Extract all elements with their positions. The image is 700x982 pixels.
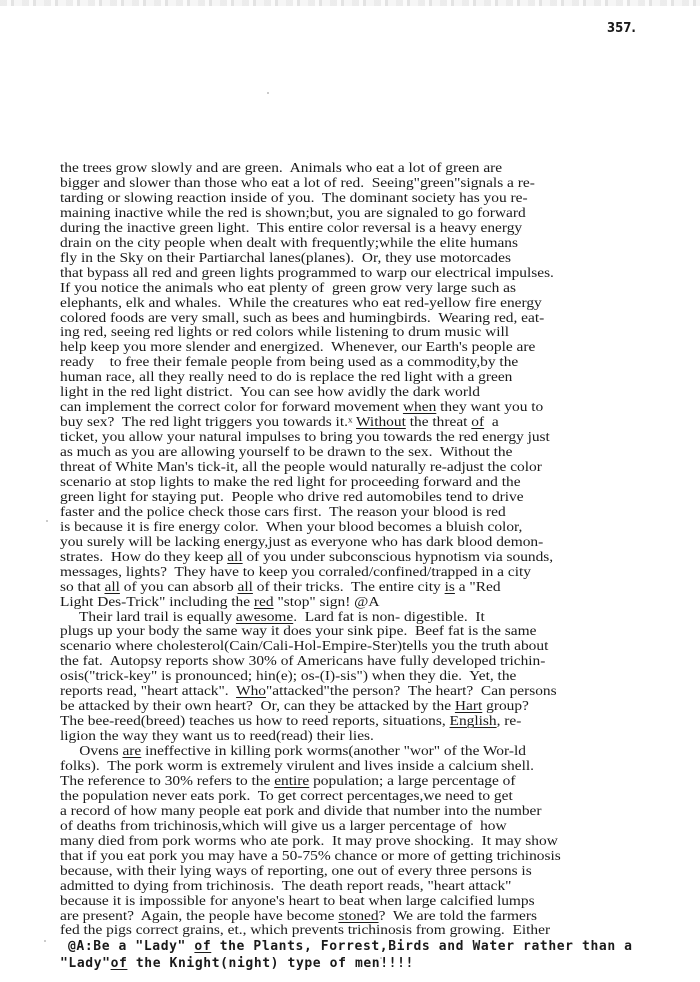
- text-line: many died from pork worms who ate pork. …: [60, 833, 558, 848]
- text-line: Light Des-Trick" including the red "stop…: [60, 594, 380, 609]
- text-line: as much as you are allowing yourself to …: [60, 444, 512, 459]
- text-line: so that all of you can absorb all of the…: [60, 579, 501, 594]
- scan-artifact-top-edge: [0, 0, 700, 6]
- text-line: human race, all they really need to do i…: [60, 369, 512, 384]
- underlined-word: of: [471, 414, 484, 429]
- text-line: of deaths from trichinosis,which will gi…: [60, 818, 507, 833]
- text-line: help keep you more slender and energized…: [60, 339, 535, 354]
- text-line: scenario where cholesterol(Cain/Cali-Hol…: [60, 638, 548, 653]
- text-line: The reference to 30% refers to the entir…: [60, 773, 516, 788]
- text-line: fed the pigs correct grains, et., which …: [60, 922, 550, 937]
- underlined-word: Hart: [455, 698, 482, 713]
- text-line: the population never eats pork. To get c…: [60, 788, 513, 803]
- underlined-word: awesome: [236, 609, 293, 624]
- text-line: ligion the way they want us to reed(read…: [60, 728, 374, 743]
- text-line: during the inactive green light. This en…: [60, 220, 522, 235]
- underlined-word: all: [237, 579, 252, 594]
- underlined-word: entire: [274, 773, 309, 788]
- underlined-word: are: [122, 743, 141, 758]
- text-line: Their lard trail is equally awesome. Lar…: [60, 609, 485, 624]
- text-line: Ovens are ineffective in killing pork wo…: [60, 743, 526, 758]
- text-line: fly in the Sky on their Partiarchal lane…: [60, 250, 511, 265]
- text-line: be attacked by their own heart? Or, can …: [60, 698, 529, 713]
- underlined-word: is: [445, 579, 455, 594]
- text-line: colored foods are very small, such as be…: [60, 310, 544, 325]
- underlined-word: of: [111, 956, 128, 971]
- underlined-word: when: [403, 399, 436, 414]
- text-line: a record of how many people eat pork and…: [60, 803, 542, 818]
- footnote-line: "Lady"of the Knight(night) type of men!!…: [60, 956, 414, 971]
- text-line: ticket, you allow your natural impulses …: [60, 429, 550, 444]
- underlined-word: Without: [356, 414, 406, 429]
- text-line: because it is impossible for anyone's he…: [60, 893, 535, 908]
- text-line: that bypass all red and green lights pro…: [60, 265, 554, 280]
- text-line: are present? Again, the people have beco…: [60, 908, 537, 923]
- scan-speck: [380, 957, 382, 959]
- text-line: The bee-reed(breed) teaches us how to re…: [60, 713, 521, 728]
- footnote-line: @A:Be a "Lady" of the Plants, Forrest,Bi…: [68, 939, 633, 954]
- text-line: tarding or slowing reaction inside of yo…: [60, 190, 528, 205]
- text-line: is because it is fire energy color. When…: [60, 519, 522, 534]
- underlined-word: Who: [236, 683, 266, 698]
- underlined-word: all: [227, 549, 242, 564]
- text-line: scenario at stop lights to make the red …: [60, 474, 521, 489]
- text-line: ready to free their female people from b…: [60, 354, 518, 369]
- text-line: that if you eat pork you may have a 50-7…: [60, 848, 561, 863]
- page-number: 357.: [607, 21, 636, 36]
- text-line: light in the red light district. You can…: [60, 384, 480, 399]
- text-line: elephants, elk and whales. While the cre…: [60, 295, 542, 310]
- underlined-word: stoned: [338, 908, 378, 923]
- text-line: threat of White Man's tick-it, all the p…: [60, 459, 542, 474]
- scan-speck: [267, 92, 269, 94]
- scan-speck: [44, 940, 46, 942]
- text-line: strates. How do they keep all of you und…: [60, 549, 553, 564]
- text-line: the fat. Autopsy reports show 30% of Ame…: [60, 653, 545, 668]
- text-line: plugs up your body the same way it does …: [60, 623, 536, 638]
- text-line: faster and the police check those cars f…: [60, 504, 506, 519]
- text-line: because, with their lying ways of report…: [60, 863, 532, 878]
- text-line: the trees grow slowly and are green. Ani…: [60, 160, 502, 175]
- underlined-word: red: [254, 594, 274, 609]
- text-line: buy sex? The red light triggers you towa…: [60, 414, 499, 429]
- text-line: reports read, "heart attack". Who"attack…: [60, 683, 557, 698]
- text-line: messages, lights? They have to keep you …: [60, 564, 531, 579]
- text-line: bigger and slower than those who eat a l…: [60, 175, 535, 190]
- text-line: If you notice the animals who eat plenty…: [60, 280, 516, 295]
- text-line: maining inactive while the red is shown;…: [60, 205, 526, 220]
- underlined-word: all: [104, 579, 119, 594]
- text-line: you surely will be lacking energy,just a…: [60, 534, 543, 549]
- text-line: osis("trick-key" is pronounced; hin(e); …: [60, 668, 516, 683]
- text-line: ing red, seeing red lights or red colors…: [60, 324, 509, 339]
- text-line: green light for staying put. People who …: [60, 489, 524, 504]
- scan-speck: [46, 520, 48, 522]
- text-line: can implement the correct color for forw…: [60, 399, 543, 414]
- text-line: folks). The pork worm is extremely virul…: [60, 758, 534, 773]
- text-line: admitted to dying from trichinosis. The …: [60, 878, 511, 893]
- underlined-word: of: [194, 939, 211, 954]
- underlined-word: English: [450, 713, 497, 728]
- text-line: drain on the city people when dealt with…: [60, 235, 518, 250]
